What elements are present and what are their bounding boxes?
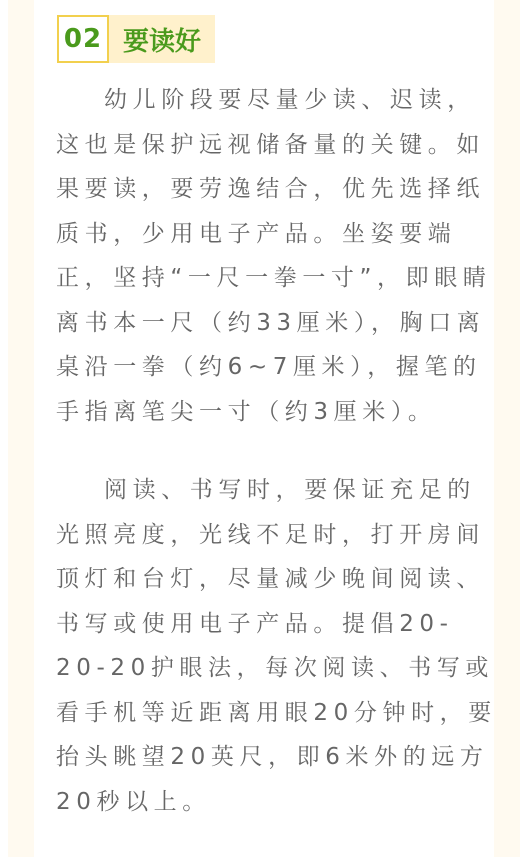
paragraph-1: 幼儿阶段要尽量少读、迟读， 这也是保护远视储备量的关键。如 果要读，要劳逸结合，… — [56, 78, 470, 434]
text-line: 质书，少用电子产品。坐姿要端 — [56, 212, 470, 257]
text-line: 阅读、书写时，要保证充足的 — [56, 468, 470, 513]
text-line: 正，坚持“一尺一拳一寸”，即眼睛 — [56, 256, 470, 301]
text-line: 离书本一尺（约33厘米），胸口离 — [56, 301, 470, 346]
section-number: 02 — [57, 15, 109, 63]
text-line: 书写或使用电子产品。提倡20- — [56, 602, 470, 647]
text-line: 手指离笔尖一寸（约3厘米）。 — [56, 390, 470, 435]
left-margin-strip — [8, 0, 34, 857]
text-line: 顶灯和台灯，尽量减少晚间阅读、 — [56, 557, 470, 602]
text-line: 这也是保护远视储备量的关键。如 — [56, 123, 470, 168]
text-line: 幼儿阶段要尽量少读、迟读， — [56, 78, 470, 123]
text-line: 20-20护眼法，每次阅读、书写或 — [56, 646, 470, 691]
article-content: 02 要读好 幼儿阶段要尽量少读、迟读， 这也是保护远视储备量的关键。如 果要读… — [34, 0, 494, 857]
right-margin-strip — [494, 0, 520, 857]
text-line: 桌沿一拳（约6~7厘米），握笔的 — [56, 345, 470, 390]
text-line: 光照亮度，光线不足时，打开房间 — [56, 513, 470, 558]
section-title: 要读好 — [109, 15, 215, 63]
section-header: 02 要读好 — [57, 15, 215, 63]
text-line: 抬头眺望20英尺，即6米外的远方 — [56, 735, 470, 780]
paragraph-2: 阅读、书写时，要保证充足的 光照亮度，光线不足时，打开房间 顶灯和台灯，尽量减少… — [56, 468, 470, 824]
text-line: 果要读，要劳逸结合，优先选择纸 — [56, 167, 470, 212]
text-line: 看手机等近距离用眼20分钟时，要 — [56, 691, 470, 736]
text-line: 20秒以上。 — [56, 780, 470, 825]
